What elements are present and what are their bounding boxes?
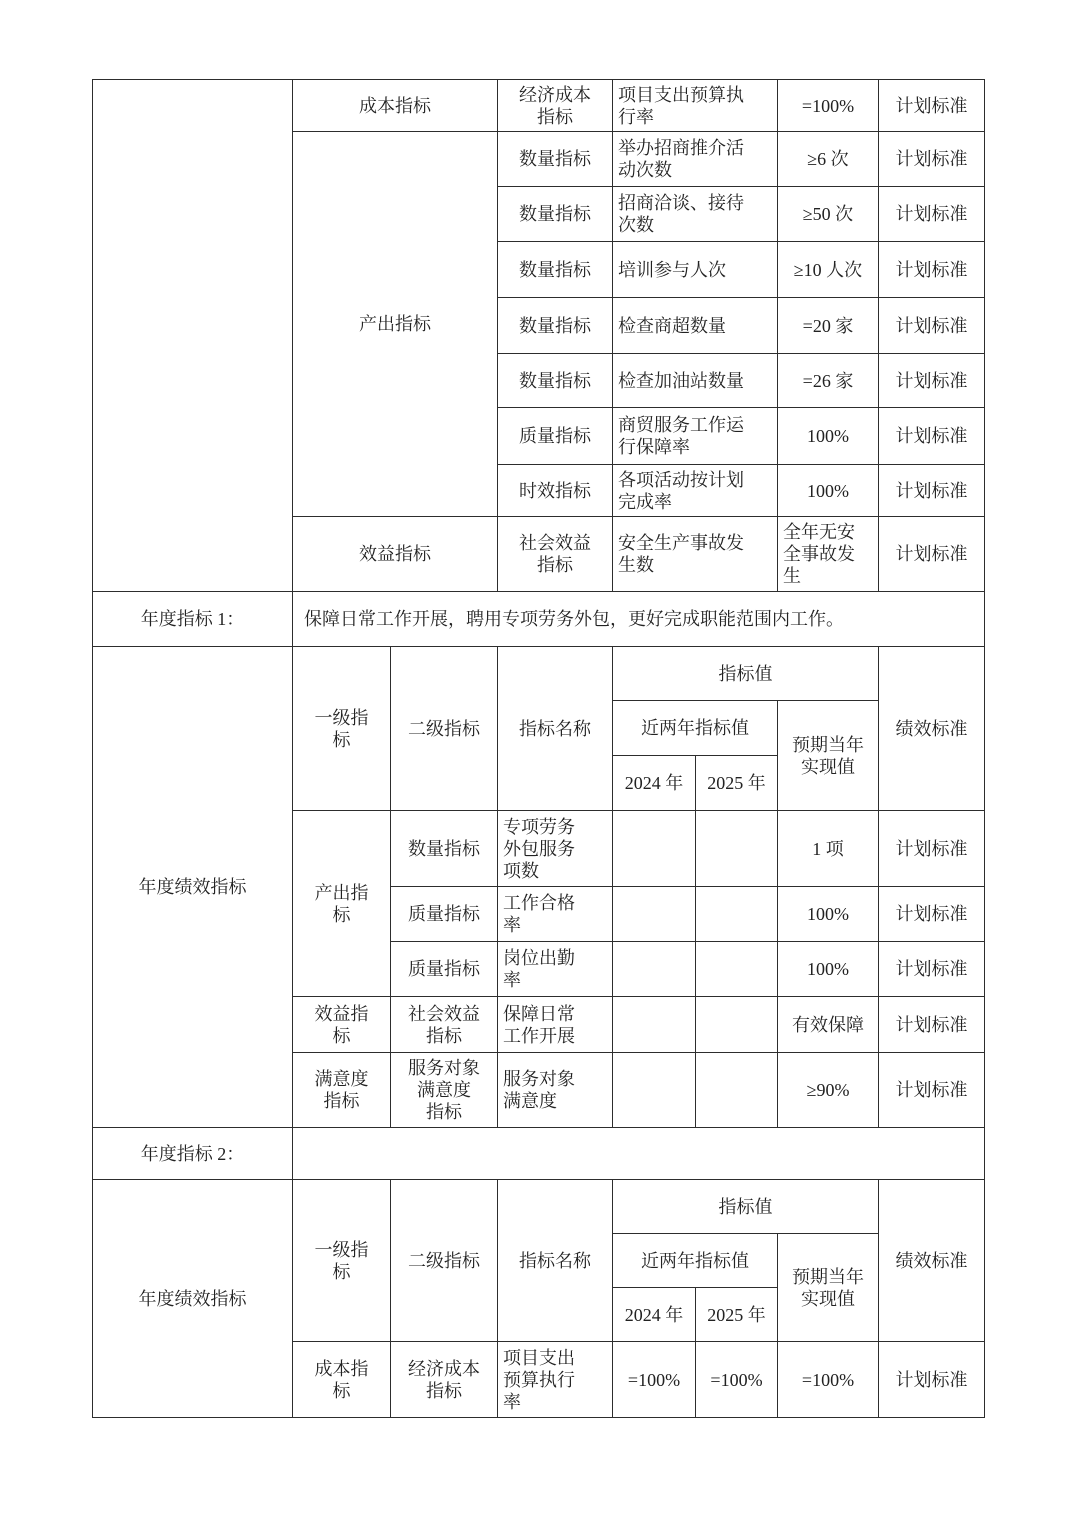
level1-cell: 效益指标 [293, 517, 498, 592]
indicator-name-cell: 检查商超数量 [613, 298, 778, 354]
annual-target-content [293, 1128, 985, 1180]
year-2025-value-cell [696, 997, 778, 1053]
header-indicator-name: 指标名称 [498, 1180, 613, 1342]
indicator-value-cell: =20 家 [778, 298, 879, 354]
annual-target-content: 保障日常工作开展，聘用专项劳务外包，更好完成职能范围内工作。 [293, 592, 985, 647]
year-2025-value-cell [696, 887, 778, 942]
annual-target-label: 年度指标 2： [93, 1128, 293, 1180]
expected-value-cell: ≥90% [778, 1053, 879, 1128]
header-indicator-value: 指标值 [613, 1180, 879, 1234]
year-2025-value-cell [696, 1053, 778, 1128]
annual-performance-label-cell: 年度绩效指标 [93, 647, 293, 1128]
expected-value-cell: =100% [778, 1342, 879, 1418]
indicator-name-cell: 安全生产事故发 生数 [613, 517, 778, 592]
indicator-name-cell: 各项活动按计划 完成率 [613, 465, 778, 517]
level2-cell: 质量指标 [391, 942, 498, 997]
level1-cell: 效益指 标 [293, 997, 391, 1053]
table-row: 年度指标 1： 保障日常工作开展，聘用专项劳务外包，更好完成职能范围内工作。 [93, 592, 985, 647]
level1-cell: 成本指标 [293, 80, 498, 132]
grading-standard-cell: 计划标准 [879, 942, 985, 997]
level2-cell: 社会效益 指标 [391, 997, 498, 1053]
header-level1: 一级指 标 [293, 1180, 391, 1342]
header-indicator-value: 指标值 [613, 647, 879, 701]
expected-value-cell: 100% [778, 887, 879, 942]
level2-cell: 数量指标 [498, 354, 613, 408]
header-level1: 一级指 标 [293, 647, 391, 811]
indicator-name-cell: 项目支出预算执 行率 [613, 80, 778, 132]
grading-standard-cell: 计划标准 [879, 517, 985, 592]
level2-cell: 时效指标 [498, 465, 613, 517]
grading-standard-cell: 计划标准 [879, 187, 985, 242]
indicator-value-cell: 100% [778, 408, 879, 465]
grading-standard-cell: 计划标准 [879, 298, 985, 354]
grading-standard-cell: 计划标准 [879, 242, 985, 298]
year-2024-value-cell: =100% [613, 1342, 696, 1418]
level2-cell: 经济成本 指标 [498, 80, 613, 132]
grading-standard-cell: 计划标准 [879, 80, 985, 132]
table-row: 年度绩效指标 一级指 标 二级指标 指标名称 指标值 绩效标准 [93, 647, 985, 701]
level2-cell: 社会效益 指标 [498, 517, 613, 592]
level2-cell: 质量指标 [391, 887, 498, 942]
year-2025-value-cell [696, 942, 778, 997]
document-page: 成本指标 经济成本 指标 项目支出预算执 行率 =100% 计划标准 产出指标 … [0, 0, 1074, 1520]
level1-cell: 产出指标 [293, 132, 498, 517]
year-2025-value-cell: =100% [696, 1342, 778, 1418]
header-level2: 二级指标 [391, 1180, 498, 1342]
level2-cell: 服务对象 满意度 指标 [391, 1053, 498, 1128]
grading-standard-cell: 计划标准 [879, 811, 985, 887]
level2-cell: 数量指标 [498, 132, 613, 187]
header-expected-value: 预期当年 实现值 [778, 701, 879, 811]
indicator-value-cell: ≥50 次 [778, 187, 879, 242]
indicator-value-cell: 全年无安 全事故发 生 [778, 517, 879, 592]
indicator-name-cell: 保障日常 工作开展 [498, 997, 613, 1053]
annual-target-label: 年度指标 1： [93, 592, 293, 647]
indicator-value-cell: 100% [778, 465, 879, 517]
year-2024-value-cell [613, 811, 696, 887]
indicator-name-cell: 岗位出勤 率 [498, 942, 613, 997]
year-2025-value-cell [696, 811, 778, 887]
header-year-2024: 2024 年 [613, 756, 696, 811]
indicator-name-cell: 项目支出 预算执行 率 [498, 1342, 613, 1418]
indicator-name-cell: 服务对象 满意度 [498, 1053, 613, 1128]
header-recent-two-years: 近两年指标值 [613, 1234, 778, 1288]
grading-standard-cell: 计划标准 [879, 887, 985, 942]
header-level2: 二级指标 [391, 647, 498, 811]
header-performance-standard: 绩效标准 [879, 647, 985, 811]
empty-spanner-cell [93, 80, 293, 592]
indicator-value-cell: ≥6 次 [778, 132, 879, 187]
indicator-value-cell: =26 家 [778, 354, 879, 408]
expected-value-cell: 1 项 [778, 811, 879, 887]
level2-cell: 数量指标 [498, 298, 613, 354]
annual-performance-label-cell: 年度绩效指标 [93, 1180, 293, 1418]
header-year-2025: 2025 年 [696, 756, 778, 811]
grading-standard-cell: 计划标准 [879, 354, 985, 408]
level1-cell: 满意度 指标 [293, 1053, 391, 1128]
level1-cell: 成本指 标 [293, 1342, 391, 1418]
table-row: 年度绩效指标 一级指 标 二级指标 指标名称 指标值 绩效标准 [93, 1180, 985, 1234]
expected-value-cell: 100% [778, 942, 879, 997]
grading-standard-cell: 计划标准 [879, 997, 985, 1053]
grading-standard-cell: 计划标准 [879, 1342, 985, 1418]
indicator-value-cell: =100% [778, 80, 879, 132]
level2-cell: 数量指标 [391, 811, 498, 887]
header-year-2024: 2024 年 [613, 1288, 696, 1342]
indicator-name-cell: 工作合格 率 [498, 887, 613, 942]
indicator-name-cell: 培训参与人次 [613, 242, 778, 298]
level2-cell: 数量指标 [498, 187, 613, 242]
expected-value-cell: 有效保障 [778, 997, 879, 1053]
grading-standard-cell: 计划标准 [879, 465, 985, 517]
grading-standard-cell: 计划标准 [879, 132, 985, 187]
indicator-name-cell: 专项劳务 外包服务 项数 [498, 811, 613, 887]
year-2024-value-cell [613, 942, 696, 997]
level2-cell: 数量指标 [498, 242, 613, 298]
level1-cell: 产出指 标 [293, 811, 391, 997]
year-2024-value-cell [613, 1053, 696, 1128]
year-2024-value-cell [613, 997, 696, 1053]
grading-standard-cell: 计划标准 [879, 1053, 985, 1128]
grading-standard-cell: 计划标准 [879, 408, 985, 465]
table-row: 年度指标 2： [93, 1128, 985, 1180]
header-expected-value: 预期当年 实现值 [778, 1234, 879, 1342]
performance-target-table: 成本指标 经济成本 指标 项目支出预算执 行率 =100% 计划标准 产出指标 … [92, 79, 985, 1418]
header-year-2025: 2025 年 [696, 1288, 778, 1342]
header-performance-standard: 绩效标准 [879, 1180, 985, 1342]
indicator-value-cell: ≥10 人次 [778, 242, 879, 298]
header-recent-two-years: 近两年指标值 [613, 701, 778, 756]
table-row: 成本指标 经济成本 指标 项目支出预算执 行率 =100% 计划标准 [93, 80, 985, 132]
level2-cell: 质量指标 [498, 408, 613, 465]
level2-cell: 经济成本 指标 [391, 1342, 498, 1418]
header-indicator-name: 指标名称 [498, 647, 613, 811]
year-2024-value-cell [613, 887, 696, 942]
indicator-name-cell: 检查加油站数量 [613, 354, 778, 408]
indicator-name-cell: 举办招商推介活 动次数 [613, 132, 778, 187]
indicator-name-cell: 招商洽谈、接待 次数 [613, 187, 778, 242]
indicator-name-cell: 商贸服务工作运 行保障率 [613, 408, 778, 465]
